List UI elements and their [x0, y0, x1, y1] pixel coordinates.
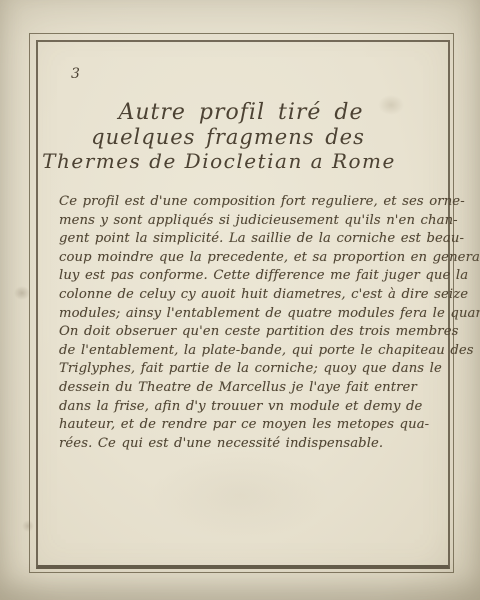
page-title: Autre profil tiré de quelques fragmens d…: [36, 100, 446, 173]
paper-smudge: [14, 286, 30, 300]
title-line-1: Autre profil tiré de: [36, 100, 446, 125]
body-line: luy est pas conforme. Cette difference m…: [59, 267, 433, 286]
title-line-3: Thermes de Diocletian a Rome: [14, 149, 424, 173]
body-line: colonne de celuy cy auoit huit diametres…: [59, 286, 433, 305]
body-line: de l'entablement, la plate-bande, qui po…: [59, 342, 433, 361]
body-line: gent point la simplicité. La saillie de …: [59, 230, 433, 249]
body-paragraph: Ce profil est d'une composition fort reg…: [59, 193, 433, 453]
body-line: On doit obseruer qu'en ceste partition d…: [59, 323, 433, 342]
body-line: Triglyphes, fait partie de la corniche; …: [59, 360, 433, 379]
body-line: rées. Ce qui est d'une necessité indispe…: [59, 435, 433, 454]
body-line: dessein du Theatre de Marcellus je l'aye…: [59, 379, 433, 398]
body-line: modules; ainsy l'entablement de quatre m…: [59, 305, 433, 324]
body-line: hauteur, et de rendre par ce moyen les m…: [59, 416, 433, 435]
body-line: Ce profil est d'une composition fort reg…: [59, 193, 433, 212]
page-number: 3: [71, 66, 80, 82]
body-line: dans la frise, afin d'y trouuer vn modul…: [59, 398, 433, 417]
title-line-2: quelques fragmens des: [23, 125, 433, 149]
body-line: mens y sont appliqués si judicieusement …: [59, 212, 433, 231]
body-line: coup moindre que la precedente, et sa pr…: [59, 249, 433, 268]
